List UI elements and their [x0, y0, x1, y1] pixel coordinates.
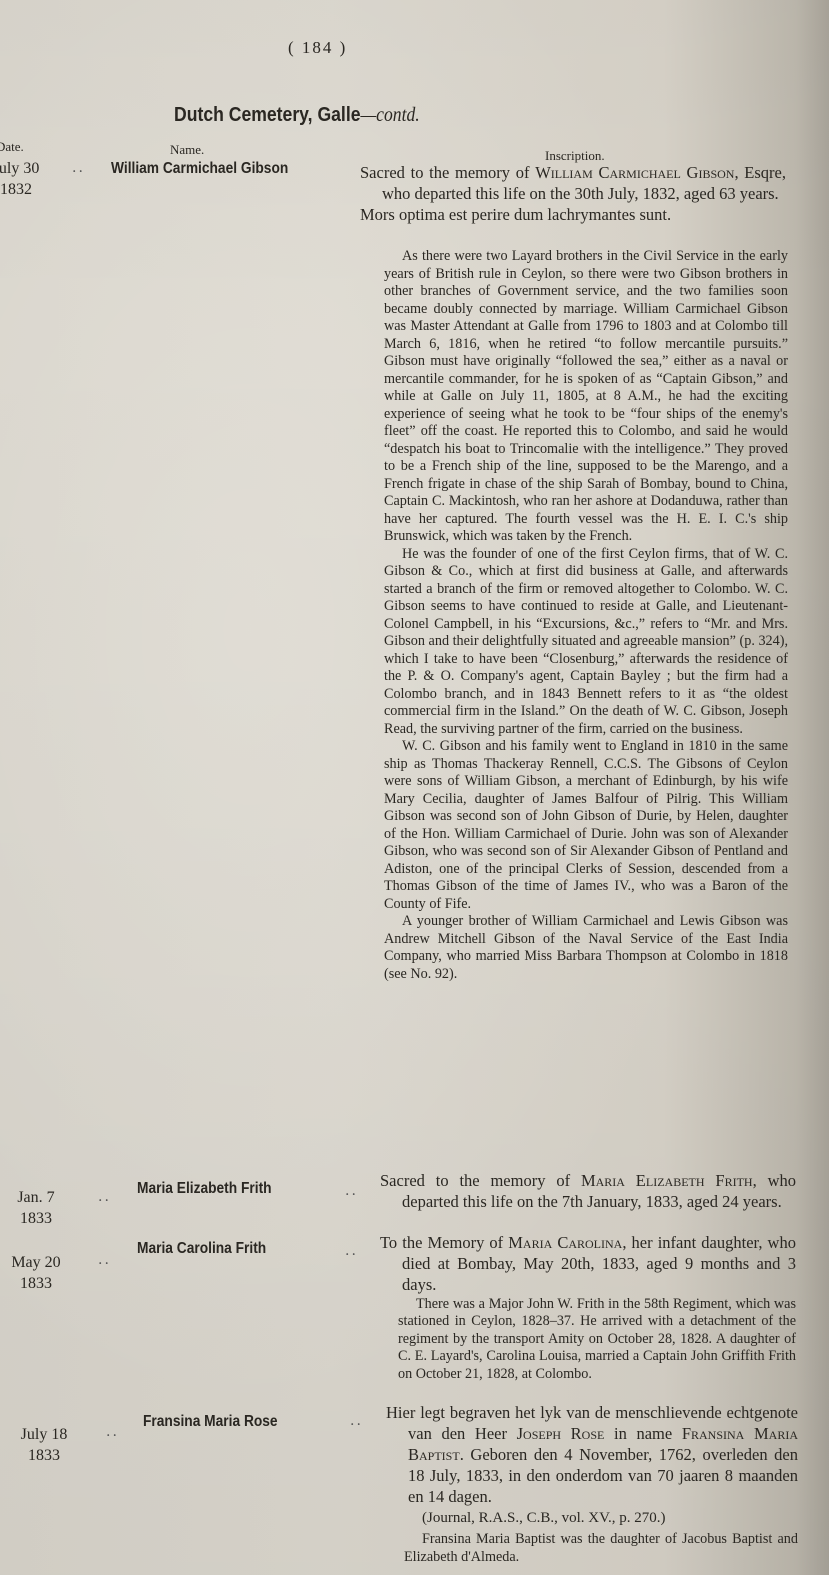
note-paragraph: A younger brother of William Carmichael … [384, 913, 788, 983]
leader-dots: .. [345, 1183, 358, 1199]
entry-name: Maria Elizabeth Frith [137, 1180, 272, 1198]
entry-inscription: Sacred to the memory of William Carmicha… [360, 162, 786, 225]
citation: (Journal, R.A.S., C.B., vol. XV., p. 270… [404, 1510, 798, 1527]
leader-dots: .. [98, 1252, 111, 1268]
entry-inscription: To the Memory of Maria Carolina, her inf… [380, 1232, 796, 1295]
leader-dots: .. [98, 1189, 111, 1205]
entry-notes: There was a Major John W. Frith in the 5… [398, 1296, 796, 1383]
leader-dots: .. [106, 1424, 119, 1440]
entry-inscription: Sacred to the memory of Maria Elizabeth … [380, 1170, 796, 1212]
entry-name: Fransina Maria Rose [143, 1413, 278, 1431]
entry-name: William Carmichael Gibson [111, 160, 288, 178]
note-paragraph: As there were two Layard brothers in the… [384, 248, 788, 546]
section-title-suffix: —contd. [361, 104, 420, 126]
entry-date: July 181833 [14, 1424, 74, 1466]
leader-dots: .. [345, 1243, 358, 1259]
note-paragraph: W. C. Gibson and his family went to Engl… [384, 738, 788, 913]
entry-inscription: Hier legt begraven het lyk van de mensch… [386, 1402, 798, 1507]
note-paragraph: He was the founder of one of the first C… [384, 546, 788, 739]
inscription-motto: Mors optima est perire dum lachrymantes … [360, 204, 786, 225]
entry-date: Jan. 71833 [6, 1187, 66, 1229]
entry-date: July 301832 [0, 158, 46, 200]
entry-notes: As there were two Layard brothers in the… [384, 248, 788, 983]
section-title: Dutch Cemetery, Galle—contd. [174, 104, 420, 127]
page-number: ( 184 ) [288, 38, 347, 58]
entry-name: Maria Carolina Frith [137, 1240, 266, 1258]
note-paragraph: There was a Major John W. Frith in the 5… [398, 1296, 796, 1383]
column-header-name: Name. [170, 142, 204, 158]
leader-dots: .. [72, 160, 85, 176]
entry-notes: (Journal, R.A.S., C.B., vol. XV., p. 270… [404, 1510, 798, 1566]
entry-date: May 201833 [6, 1252, 66, 1294]
note-paragraph: Fransina Maria Baptist was the daughter … [404, 1531, 798, 1566]
leader-dots: .. [350, 1413, 363, 1429]
column-header-date: Date. [0, 139, 24, 155]
